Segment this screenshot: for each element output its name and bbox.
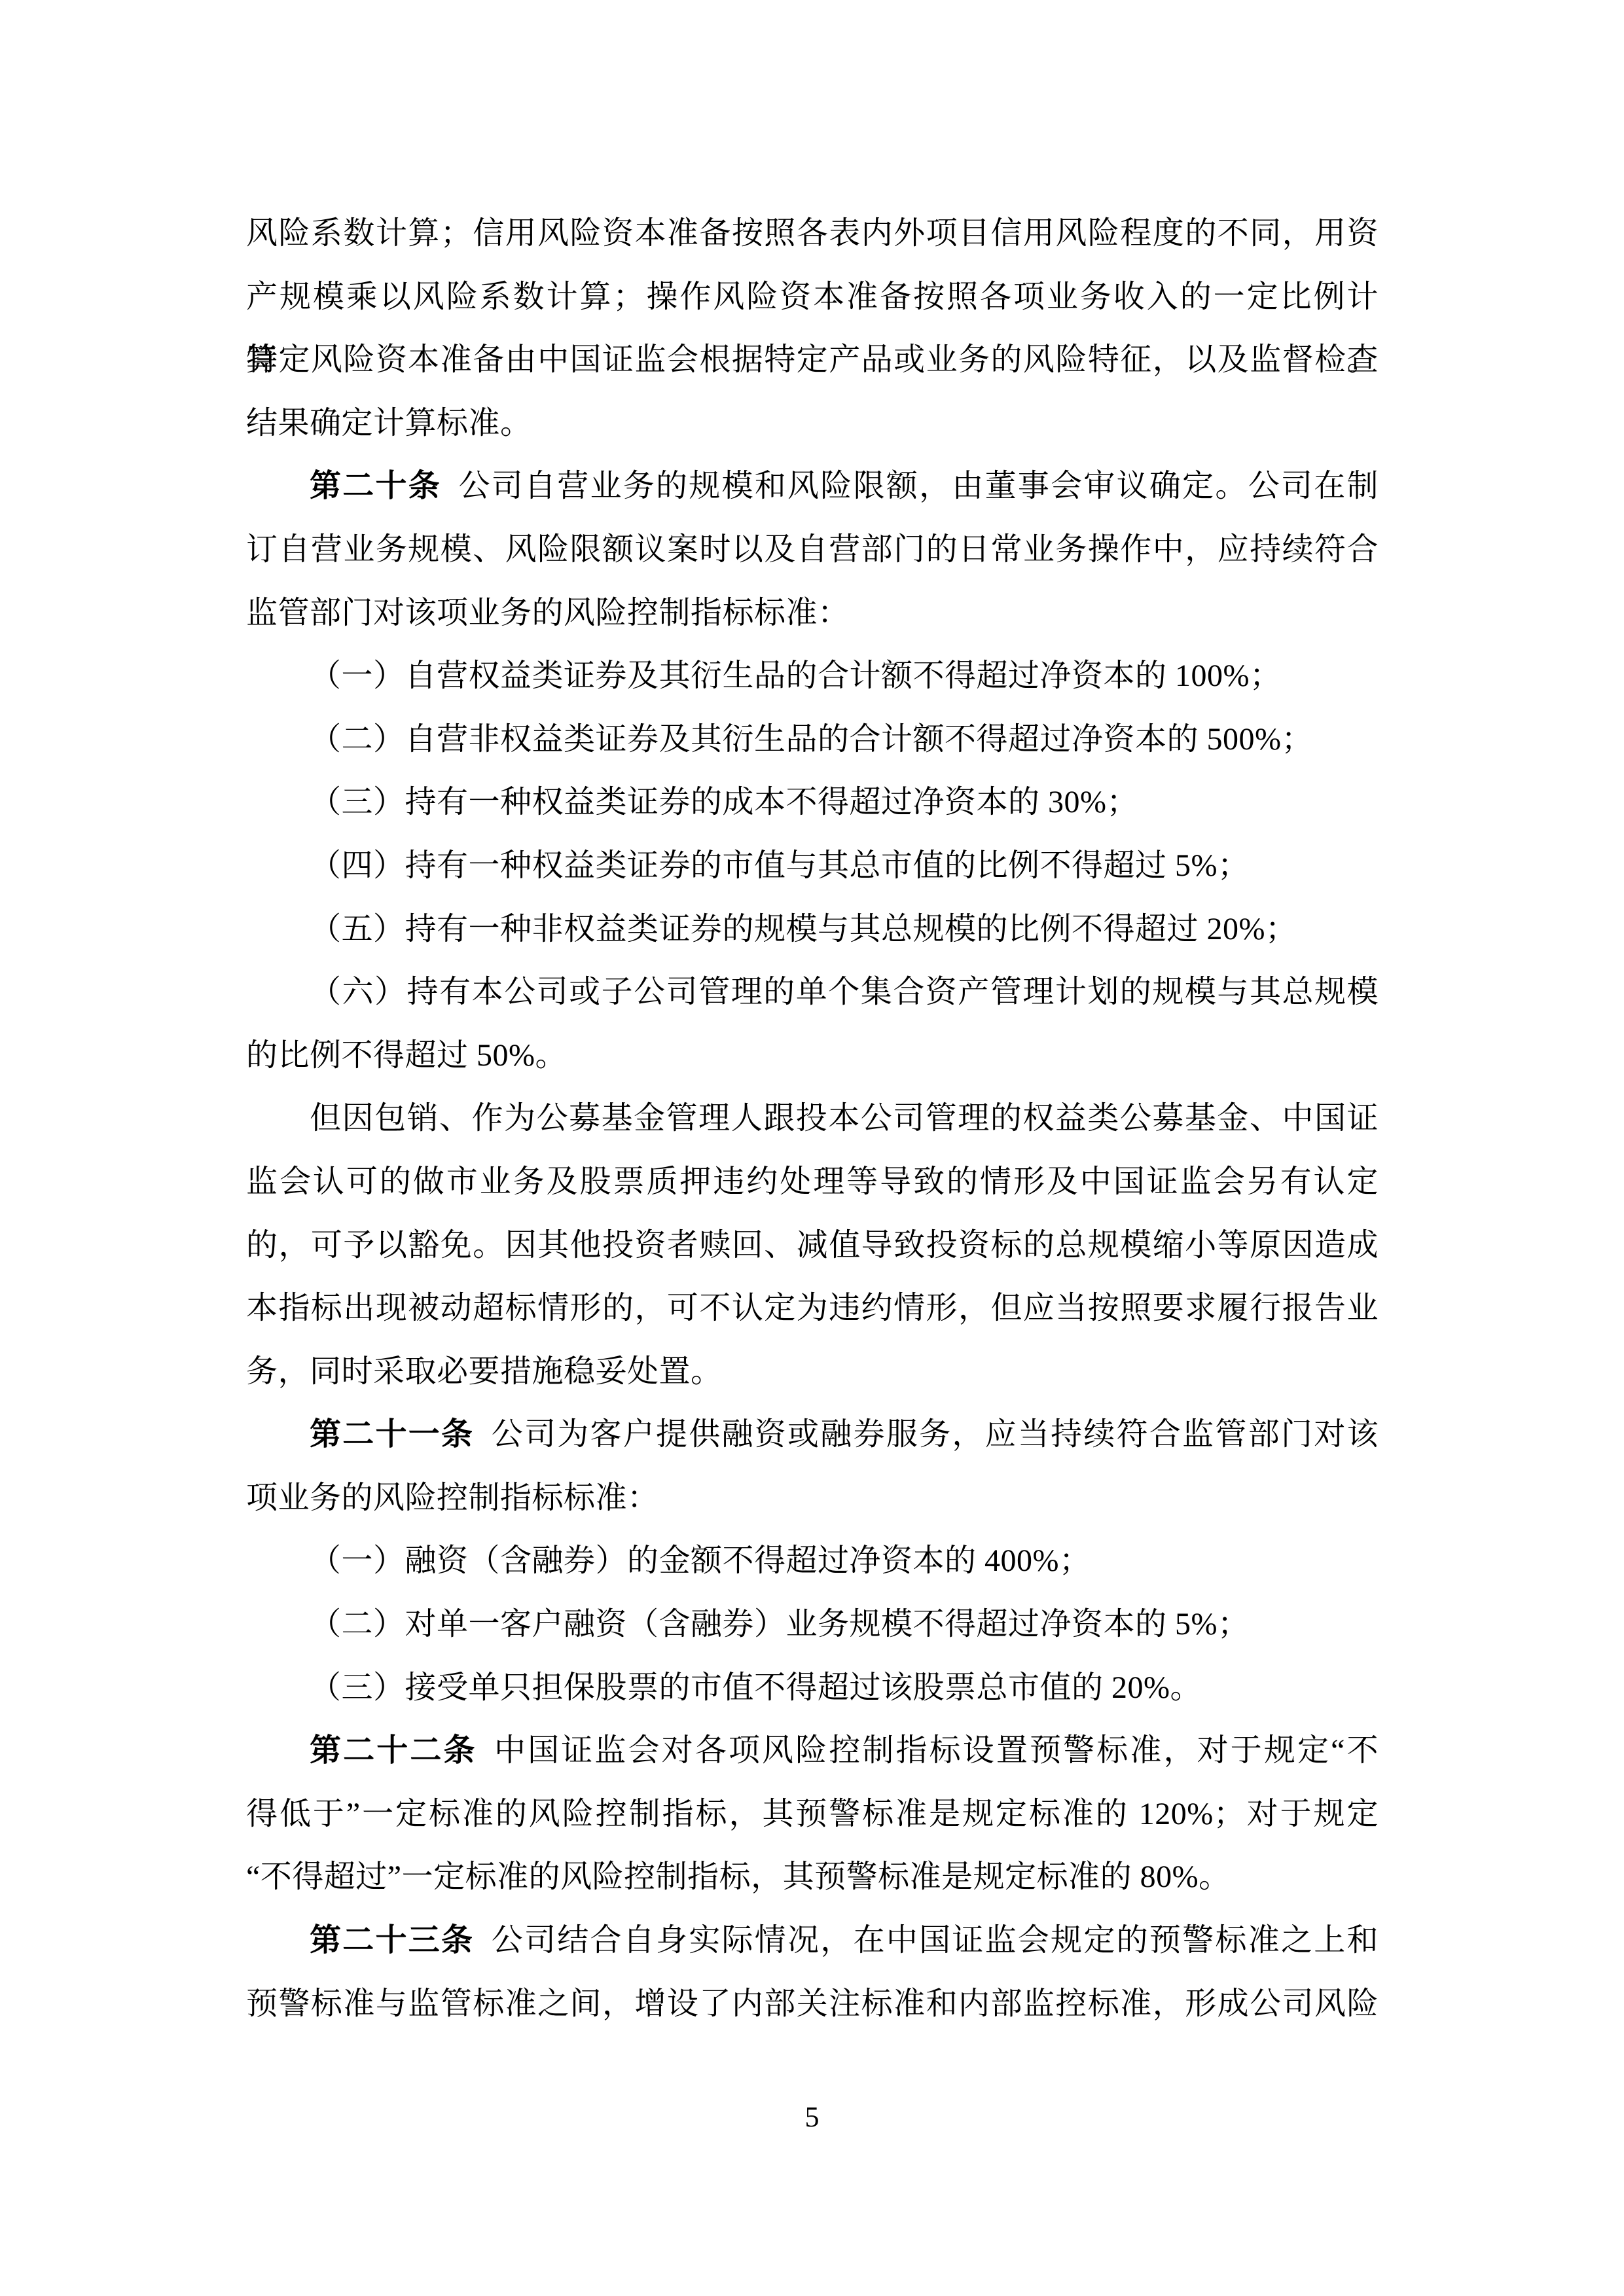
line-text: 但因包销、作为公募基金管理人跟投本公司管理的权益类公募基金、中国证	[310, 1101, 1379, 1136]
line-text: 监会认可的做市业务及股票质押违约处理等导致的情形及中国证监会另有认定	[246, 1164, 1379, 1199]
text-line: 第二十二条中国证监会对各项风险控制指标设置预警标准，对于规定“不	[246, 1719, 1379, 1783]
line-text: 监管部门对该项业务的风险控制指标标准：	[246, 596, 850, 630]
text-line: 预警标准与监管标准之间，增设了内部关注标准和内部监控标准，形成公司风险	[246, 1973, 1379, 2036]
text-line: 监会认可的做市业务及股票质押违约处理等导致的情形及中国证监会另有认定	[246, 1151, 1379, 1214]
text-line: 订自营业务规模、风险限额议案时以及自营部门的日常业务操作中，应持续符合	[246, 518, 1379, 582]
line-text: 预警标准与监管标准之间，增设了内部关注标准和内部监控标准，形成公司风险	[246, 1986, 1379, 2021]
article-number: 第二十二条	[310, 1733, 477, 1768]
line-text: （二）对单一客户融资（含融券）业务规模不得超过净资本的 5%；	[310, 1607, 1250, 1641]
line-text: （一）融资（含融券）的金额不得超过净资本的 400%；	[310, 1543, 1091, 1578]
text-line: 的，可予以豁免。因其他投资者赎回、减值导致投资标的总规模缩小等原因造成	[246, 1214, 1379, 1278]
text-line: 特定风险资本准备由中国证监会根据特定产品或业务的风险特征，以及监督检查	[246, 329, 1379, 392]
text-line: （六）持有本公司或子公司管理的单个集合资产管理计划的规模与其总规模	[246, 961, 1379, 1024]
article-number: 第二十一条	[310, 1417, 474, 1452]
text-line: （四）持有一种权益类证券的市值与其总市值的比例不得超过 5%；	[246, 834, 1379, 898]
line-text: （四）持有一种权益类证券的市值与其总市值的比例不得超过 5%；	[310, 848, 1250, 883]
text-line: 第二十三条公司结合自身实际情况，在中国证监会规定的预警标准之上和	[246, 1909, 1379, 1973]
text-line: （三）持有一种权益类证券的成本不得超过净资本的 30%；	[246, 771, 1379, 834]
line-text: 务，同时采取必要措施稳妥处置。	[246, 1354, 723, 1389]
line-text: 特定风险资本准备由中国证监会根据特定产品或业务的风险特征，以及监督检查	[246, 342, 1379, 377]
line-text: 公司自营业务的规模和风险限额，由董事会审议确定。公司在制	[458, 469, 1379, 503]
text-line: 但因包销、作为公募基金管理人跟投本公司管理的权益类公募基金、中国证	[246, 1087, 1379, 1151]
text-line: 项业务的风险控制指标标准：	[246, 1467, 1379, 1530]
article-number: 第二十条	[310, 469, 441, 503]
line-text: （三）接受单只担保股票的市值不得超过该股票总市值的 20%。	[310, 1670, 1202, 1705]
article-number: 第二十三条	[310, 1923, 474, 1958]
line-text: （六）持有本公司或子公司管理的单个集合资产管理计划的规模与其总规模	[310, 975, 1379, 1009]
text-line: （二）自营非权益类证券及其衍生品的合计额不得超过净资本的 500%；	[246, 708, 1379, 772]
line-text: 的，可予以豁免。因其他投资者赎回、减值导致投资标的总规模缩小等原因造成	[246, 1228, 1379, 1263]
text-line: （一）自营权益类证券及其衍生品的合计额不得超过净资本的 100%；	[246, 645, 1379, 708]
line-text: （二）自营非权益类证券及其衍生品的合计额不得超过净资本的 500%；	[310, 722, 1313, 757]
text-line: “不得超过”一定标准的风险控制指标，其预警标准是规定标准的 80%。	[246, 1846, 1379, 1909]
line-text: 公司结合自身实际情况，在中国证监会规定的预警标准之上和	[492, 1923, 1379, 1958]
document-page: 风险系数计算；信用风险资本准备按照各表内外项目信用风险程度的不同，用资产规模乘以…	[0, 0, 1624, 2296]
text-line: 的比例不得超过 50%。	[246, 1024, 1379, 1088]
text-line: （一）融资（含融券）的金额不得超过净资本的 400%；	[246, 1530, 1379, 1593]
line-text: 结果确定计算标准。	[246, 406, 532, 440]
line-text: “不得超过”一定标准的风险控制指标，其预警标准是规定标准的 80%。	[246, 1859, 1231, 1894]
line-text: （三）持有一种权益类证券的成本不得超过净资本的 30%；	[310, 785, 1138, 819]
line-text: 的比例不得超过 50%。	[246, 1038, 567, 1073]
line-text: （一）自营权益类证券及其衍生品的合计额不得超过净资本的 100%；	[310, 658, 1282, 693]
text-line: 本指标出现被动超标情形的，可不认定为违约情形，但应当按照要求履行报告业	[246, 1277, 1379, 1340]
text-line: 风险系数计算；信用风险资本准备按照各表内外项目信用风险程度的不同，用资	[246, 202, 1379, 266]
text-line: 务，同时采取必要措施稳妥处置。	[246, 1340, 1379, 1404]
line-text: 订自营业务规模、风险限额议案时以及自营部门的日常业务操作中，应持续符合	[246, 532, 1379, 567]
line-text: 本指标出现被动超标情形的，可不认定为违约情形，但应当按照要求履行报告业	[246, 1291, 1379, 1325]
line-text: 项业务的风险控制指标标准：	[246, 1480, 659, 1515]
text-line: （三）接受单只担保股票的市值不得超过该股票总市值的 20%。	[246, 1657, 1379, 1720]
text-line: 监管部门对该项业务的风险控制指标标准：	[246, 582, 1379, 645]
line-text: 风险系数计算；信用风险资本准备按照各表内外项目信用风险程度的不同，用资	[246, 216, 1379, 251]
text-line: 结果确定计算标准。	[246, 392, 1379, 456]
text-line: 产规模乘以风险系数计算；操作风险资本准备按照各项业务收入的一定比例计算。	[246, 266, 1379, 329]
text-line: 得低于”一定标准的风险控制指标，其预警标准是规定标准的 120%；对于规定	[246, 1783, 1379, 1846]
text-line: 第二十一条公司为客户提供融资或融券服务，应当持续符合监管部门对该	[246, 1403, 1379, 1467]
text-block: 风险系数计算；信用风险资本准备按照各表内外项目信用风险程度的不同，用资产规模乘以…	[246, 202, 1379, 2036]
line-text: 公司为客户提供融资或融券服务，应当持续符合监管部门对该	[492, 1417, 1379, 1452]
text-line: （五）持有一种非权益类证券的规模与其总规模的比例不得超过 20%；	[246, 898, 1379, 961]
text-line: （二）对单一客户融资（含融券）业务规模不得超过净资本的 5%；	[246, 1593, 1379, 1657]
line-text: 得低于”一定标准的风险控制指标，其预警标准是规定标准的 120%；对于规定	[246, 1797, 1379, 1831]
text-line: 第二十条公司自营业务的规模和风险限额，由董事会审议确定。公司在制	[246, 455, 1379, 518]
line-text: （五）持有一种非权益类证券的规模与其总规模的比例不得超过 20%；	[310, 912, 1297, 946]
line-text: 中国证监会对各项风险控制指标设置预警标准，对于规定“不	[494, 1733, 1379, 1768]
page-number: 5	[0, 2098, 1624, 2137]
